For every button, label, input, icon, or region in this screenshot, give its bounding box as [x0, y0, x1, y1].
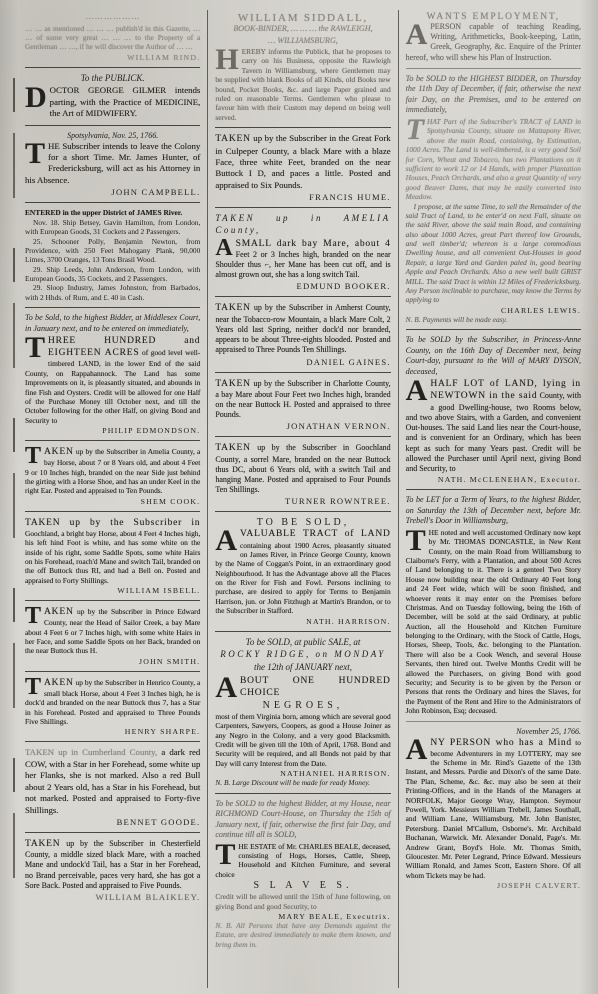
- ad-divider: [25, 67, 200, 68]
- ad-divider: [406, 489, 581, 490]
- ad-body: TAKEN up by the Subscriber in Prince Edw…: [25, 606, 200, 656]
- columns-container: … … … … … … … … as mentioned … … … publi…: [18, 10, 588, 988]
- ad-heading: TO BE SOLD,: [215, 517, 390, 528]
- ad-dateline: November 25, 1766.: [406, 727, 581, 736]
- ad-signature: DANIEL GAINES.: [215, 357, 390, 367]
- ad-nota-bene: N. B. Payments will be made easy.: [406, 315, 581, 324]
- ad-heading: To be SOLD by the Subscriber, in Princes…: [406, 335, 581, 377]
- ad-signature: JOHN SMITH.: [25, 657, 200, 666]
- ad-body: TAKEN up by the Subscriber in Chesterfie…: [25, 838, 200, 891]
- ad-hume-stray: TAKEN up by the Subscriber in the Great …: [215, 133, 390, 202]
- ad-signature: WILLIAM ISBELL.: [25, 586, 200, 595]
- ad-divider: [25, 741, 200, 742]
- ad-divider: [25, 440, 200, 441]
- ad-heading: To be SOLD, at public SALE, at: [215, 637, 390, 649]
- ad-body: THE Subscriber intends to leave the Colo…: [25, 141, 200, 187]
- ad-sharpe-stray: TAKEN up by the Subscriber in Henrico Co…: [25, 677, 200, 737]
- ad-signature: WILLIAM BLAIKLEY.: [25, 892, 200, 902]
- ad-body: ANY PERSON who has a Mind to become Adve…: [406, 737, 581, 881]
- ad-body: THREE HUNDRED and EIGHTEEN ACRES of good…: [25, 335, 200, 425]
- ad-body: AVALUABLE TRACT of LAND containing about…: [215, 528, 390, 615]
- drop-cap: D: [25, 85, 50, 110]
- ad-body: THE noted and well accustomed Ordinary n…: [406, 528, 581, 716]
- ad-body: TAKEN up by the Subscriber in Amelia Cou…: [25, 446, 200, 496]
- ad-doncastle-ordinary: To be LET for a Term of Years, to the hi…: [406, 495, 581, 715]
- ad-body: TAKEN up in Cumberland County, a dark re…: [25, 747, 200, 816]
- ad-calvert-lottery: November 25, 1766. ANY PERSON who has a …: [406, 727, 581, 891]
- ad-nota-bene: N. B. Large Discount will be made for re…: [215, 778, 390, 787]
- ad-body: THAT Part of the Subscriber's TRACT of L…: [406, 117, 581, 202]
- ad-signature: JOSEPH CALVERT.: [406, 881, 581, 890]
- ad-divider: [25, 671, 200, 672]
- ad-heading: To be Sold, to the highest Bidder, at Mi…: [25, 313, 200, 334]
- ad-signature: SHEM COOK.: [25, 497, 200, 506]
- drop-cap: T: [25, 141, 48, 166]
- column-left: … … … … … … … … as mentioned … … … publi…: [18, 10, 207, 988]
- ad-dateline: Spotsylvania, Nov. 25, 1766.: [25, 131, 200, 140]
- drop-cap: A: [215, 238, 235, 258]
- ad-signature: MARY BEALE, Executrix.: [215, 912, 390, 921]
- ad-campbell-attorney: Spotsylvania, Nov. 25, 1766. THE Subscri…: [25, 131, 200, 198]
- ad-siddall-bookbinder: WILLIAM SIDDALL, BOOK-BINDER, … … … the …: [215, 12, 390, 122]
- ad-signature: NATH. McCLENEHAN, Executor.: [406, 475, 581, 484]
- ad-body: TAKEN up by the Subscriber in Goochland,…: [25, 517, 200, 585]
- ad-heading: To be SOLD to the highest Bidder, at my …: [215, 799, 390, 841]
- ad-heading: To be SOLD to the HIGHEST BIDDER, on Thu…: [406, 74, 581, 116]
- ad-divider: [215, 631, 390, 632]
- ad-cook-stray: TAKEN up by the Subscriber in Amelia Cou…: [25, 446, 200, 506]
- ad-body: ASMALL dark bay Mare, about 4 Feet 2 or …: [215, 238, 390, 281]
- drop-cap: T: [406, 117, 427, 142]
- ad-divider: [215, 436, 390, 437]
- ad-divider: [25, 511, 200, 512]
- ad-signature: FRANCIS HUME.: [215, 192, 390, 202]
- newspaper-page: … … … … … … … … as mentioned … … … publi…: [0, 0, 598, 994]
- ad-beale-estate: To be SOLD to the highest Bidder, at my …: [215, 799, 390, 950]
- ad-heading: To the PUBLICK.: [25, 73, 200, 85]
- ad-isbell-stray: TAKEN up by the Subscriber in Goochland,…: [25, 517, 200, 595]
- ad-signature: NATH. HARRISON.: [215, 617, 390, 626]
- shipping-entry: 29. Sloop Industry, James Johnston, from…: [25, 283, 200, 302]
- ad-signature: PHILIP EDMONDSON.: [25, 426, 200, 435]
- ad-body: Credit will be allowed until the 15th of…: [215, 892, 390, 911]
- ad-body: ABOUT ONE HUNDRED CHOICE: [215, 675, 390, 699]
- ad-rowntree-mare: TAKEN up by the Subscriber in Goochland …: [215, 442, 390, 506]
- ad-signature: BENNET GOODE.: [25, 817, 200, 827]
- shipping-entry: Nov. 18. Ship Betsey, Gavin Hamilton, fr…: [25, 218, 200, 237]
- drop-cap: A: [215, 528, 240, 553]
- ad-heading: WILLIAM SIDDALL,: [215, 12, 390, 24]
- ad-booker-stray: TAKEN up in AMELIA County, ASMALL dark b…: [215, 213, 390, 291]
- ad-gilmer-midwifery: To the PUBLICK. DOCTOR GEORGE GILMER int…: [25, 73, 200, 120]
- drop-cap: T: [25, 335, 48, 360]
- ad-heading: TAKEN up in AMELIA County,: [215, 213, 390, 236]
- ad-body: TAKEN up by the Subscriber in Henrico Co…: [25, 677, 200, 727]
- ad-body: most of them Virginia born, among which …: [215, 712, 390, 768]
- ad-divider: [215, 127, 390, 128]
- ad-blaikley-mare: TAKEN up by the Subscriber in Chesterfie…: [25, 838, 200, 902]
- ad-divider: [406, 329, 581, 330]
- drop-cap: T: [25, 606, 44, 626]
- ad-signature: WILLIAM RIND.: [25, 53, 200, 62]
- ad-divider: [215, 511, 390, 512]
- ad-divider: [215, 793, 390, 794]
- ad-subheading: … WILLIAMSBURG,: [215, 36, 390, 47]
- ad-harrison-rocky-ridge: To be SOLD, at public SALE, at ROCKY RID…: [215, 637, 390, 788]
- drop-cap: T: [406, 528, 429, 553]
- shipping-lead: ENTERED in the upper District of JAMES R…: [25, 208, 200, 217]
- column-right: WANTS EMPLOYMENT, APERSON capable of tea…: [398, 10, 588, 988]
- page-edge-rule: [13, 78, 15, 923]
- ad-divider: [215, 207, 390, 208]
- drop-cap: T: [215, 842, 238, 867]
- ad-body: TAKEN up by the Subscriber in Amherst Co…: [215, 302, 390, 355]
- ad-lewis-tract: To be SOLD to the HIGHEST BIDDER, on Thu…: [406, 74, 581, 324]
- ad-divider: [25, 125, 200, 126]
- column-middle: WILLIAM SIDDALL, BOOK-BINDER, … … … the …: [207, 10, 397, 988]
- ad-signature: JONATHAN VERNON.: [215, 421, 390, 431]
- ad-body: TAKEN up by the Subscriber in Goochland …: [215, 442, 390, 495]
- drop-cap: A: [406, 378, 431, 403]
- ad-harrison-coggans-point: TO BE SOLD, AVALUABLE TRACT of LAND cont…: [215, 517, 390, 625]
- drop-cap: H: [215, 47, 241, 72]
- drop-cap: A: [406, 737, 431, 762]
- ad-divider: [25, 832, 200, 833]
- ad-smith-stray: TAKEN up by the Subscriber in Prince Edw…: [25, 606, 200, 666]
- drop-cap: A: [215, 675, 240, 700]
- ad-heading: … … … … … …: [25, 12, 200, 23]
- drop-cap: A: [406, 22, 431, 47]
- ad-divider: [215, 296, 390, 297]
- ad-body: HEREBY informs the Publick, that he prop…: [215, 47, 390, 122]
- ad-divider: [406, 68, 581, 69]
- ad-body: AHALF LOT of LAND, lying in NEWTOWN in t…: [406, 378, 581, 474]
- ad-goode-cow: TAKEN up in Cumberland County, a dark re…: [25, 747, 200, 827]
- ad-body: I propose, at the same Time, to sell the…: [406, 202, 581, 305]
- ad-divider: [25, 307, 200, 308]
- ad-wants-employment: WANTS EMPLOYMENT, APERSON capable of tea…: [406, 12, 581, 63]
- ad-display-line: S L A V E S.: [215, 880, 390, 891]
- ad-heading: the 12th of JANUARY next,: [215, 662, 390, 674]
- ad-vernon-mare: TAKEN up by the Subscriber in Charlotte …: [215, 378, 390, 432]
- ad-divider: [25, 202, 200, 203]
- ad-display-line: NEGROES,: [215, 700, 390, 711]
- ad-signature: CHARLES LEWIS.: [406, 306, 581, 315]
- ad-heading: ROCKY RIDGE, on MONDAY: [215, 649, 390, 661]
- ad-gaines-colt: TAKEN up by the Subscriber in Amherst Co…: [215, 302, 390, 366]
- ad-signature: EDMUND BOOKER.: [215, 281, 390, 291]
- ad-body: APERSON capable of teaching Reading, Wri…: [406, 22, 581, 63]
- ad-divider: [215, 372, 390, 373]
- ad-signature: HENRY SHARPE.: [25, 727, 200, 736]
- ad-signature: TURNER ROWNTREE.: [215, 496, 390, 506]
- drop-cap: T: [25, 677, 44, 697]
- ad-rind-notice: … … … … … … … … as mentioned … … … publi…: [25, 12, 200, 62]
- ad-body: THE ESTATE of Mr. CHARLES BEALE, decease…: [215, 842, 390, 880]
- ad-divider: [406, 721, 581, 722]
- shipping-entry: 25. Schooner Polly, Benjamin Newton, fro…: [25, 237, 200, 265]
- ad-body: … … as mentioned … … … publish'd in this…: [25, 24, 200, 52]
- drop-cap: T: [25, 446, 44, 466]
- ad-body: DOCTOR GEORGE GILMER intends parting, wi…: [25, 85, 200, 119]
- ad-signature: NATHANIEL HARRISON.: [215, 769, 390, 778]
- ad-nota-bene: N. B. All Persons that have any Demands …: [215, 921, 390, 949]
- ad-heading: To be LET for a Term of Years, to the hi…: [406, 495, 581, 527]
- ad-signature: JOHN CAMPBELL.: [25, 187, 200, 197]
- ad-dyson-half-lot: To be SOLD by the Subscriber, in Princes…: [406, 335, 581, 484]
- ad-shipping-entered: ENTERED in the upper District of JAMES R…: [25, 208, 200, 302]
- shipping-entry: 29. Ship Leeds, John Anderson, from Lond…: [25, 265, 200, 284]
- ad-divider: [25, 600, 200, 601]
- ad-edmondson-land: To be Sold, to the highest Bidder, at Mi…: [25, 313, 200, 435]
- ad-heading: WANTS EMPLOYMENT,: [406, 12, 581, 22]
- ad-body: TAKEN up by the Subscriber in the Great …: [215, 133, 390, 191]
- ad-subheading: BOOK-BINDER, … … … the RAWLEIGH,: [215, 24, 390, 35]
- ad-body: TAKEN up by the Subscriber in Charlotte …: [215, 378, 390, 421]
